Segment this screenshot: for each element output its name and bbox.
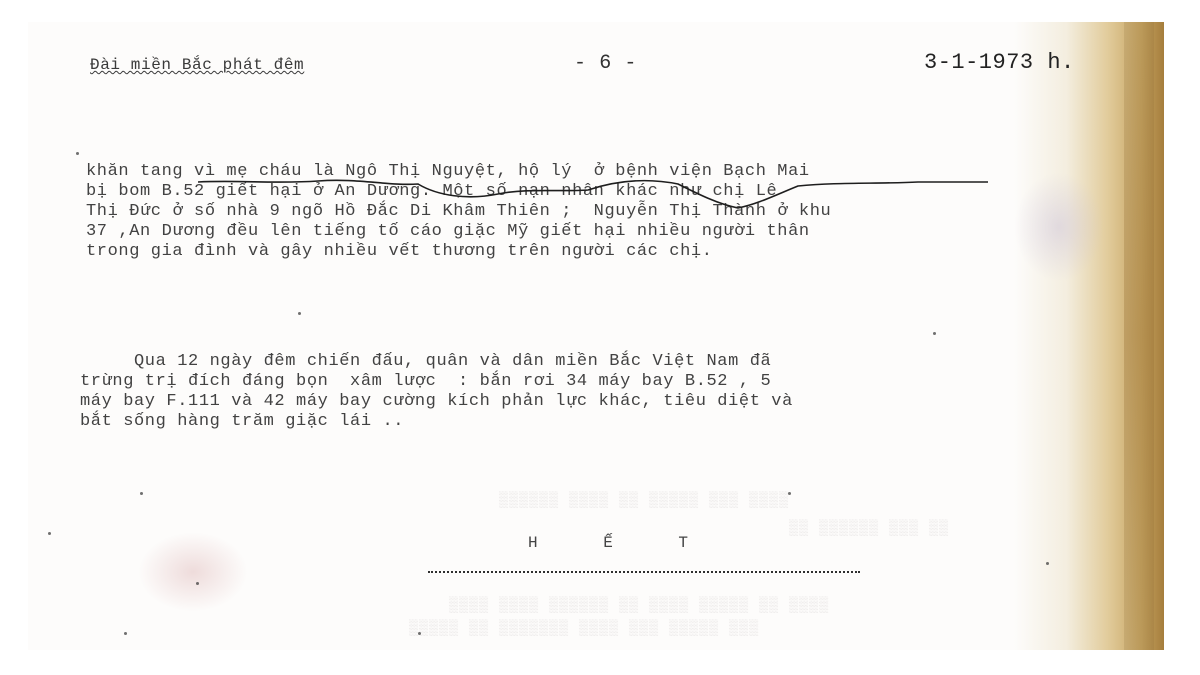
document-date: 3-1-1973 h.: [924, 50, 1075, 75]
text-line: trong gia đình và gây nhiều vết thương t…: [86, 242, 713, 262]
ink-speck: [298, 312, 301, 315]
handwritten-underline: [198, 174, 998, 234]
end-mark: H Ế T: [528, 534, 688, 552]
paper-edge-stain: [1014, 22, 1164, 650]
ink-speck: [196, 582, 199, 585]
ink-speck: [76, 152, 79, 155]
page-number: - 6 -: [574, 52, 637, 75]
bleed-through-text: ▒▒▒ ▒▒▒▒▒ ▒▒▒ ▒▒▒▒ ▒▒▒▒▒▒▒ ▒▒ ▒▒▒▒▒: [408, 620, 758, 637]
paper-discoloration: [1014, 172, 1104, 282]
typewritten-document-page: ▒▒▒▒ ▒▒▒ ▒▒▒▒▒ ▒▒ ▒▒▒▒ ▒▒▒▒▒▒ ▒▒ ▒▒▒ ▒▒▒…: [28, 22, 1164, 650]
end-divider: [428, 571, 860, 573]
bleed-through-text: ▒▒▒▒ ▒▒▒ ▒▒▒▒▒ ▒▒ ▒▒▒▒ ▒▒▒▒▒▒: [498, 492, 788, 509]
ink-speck: [140, 492, 143, 495]
text-line: máy bay F.111 và 42 máy bay cường kích p…: [80, 392, 793, 412]
bleed-through-text: ▒▒▒▒ ▒▒ ▒▒▒▒▒ ▒▒▒▒ ▒▒ ▒▒▒▒▒▒ ▒▒▒▒ ▒▒▒▒: [448, 597, 828, 614]
ink-speck: [788, 492, 791, 495]
ink-speck: [418, 632, 421, 635]
ink-speck: [124, 632, 127, 635]
text-line: bắt sống hàng trăm giặc lái ..: [80, 412, 404, 432]
bleed-through-text: ▒▒ ▒▒▒ ▒▒▒▒▒▒ ▒▒: [788, 520, 948, 537]
paper-stain: [138, 532, 248, 612]
text-line: Qua 12 ngày đêm chiến đấu, quân và dân m…: [80, 352, 771, 372]
ink-speck: [1046, 562, 1049, 565]
text-line: trừng trị đích đáng bọn xâm lược : bắn r…: [80, 372, 771, 392]
ink-speck: [933, 332, 936, 335]
broadcast-source: Đài miền Bắc phát đêm: [90, 56, 304, 74]
ink-speck: [48, 532, 51, 535]
